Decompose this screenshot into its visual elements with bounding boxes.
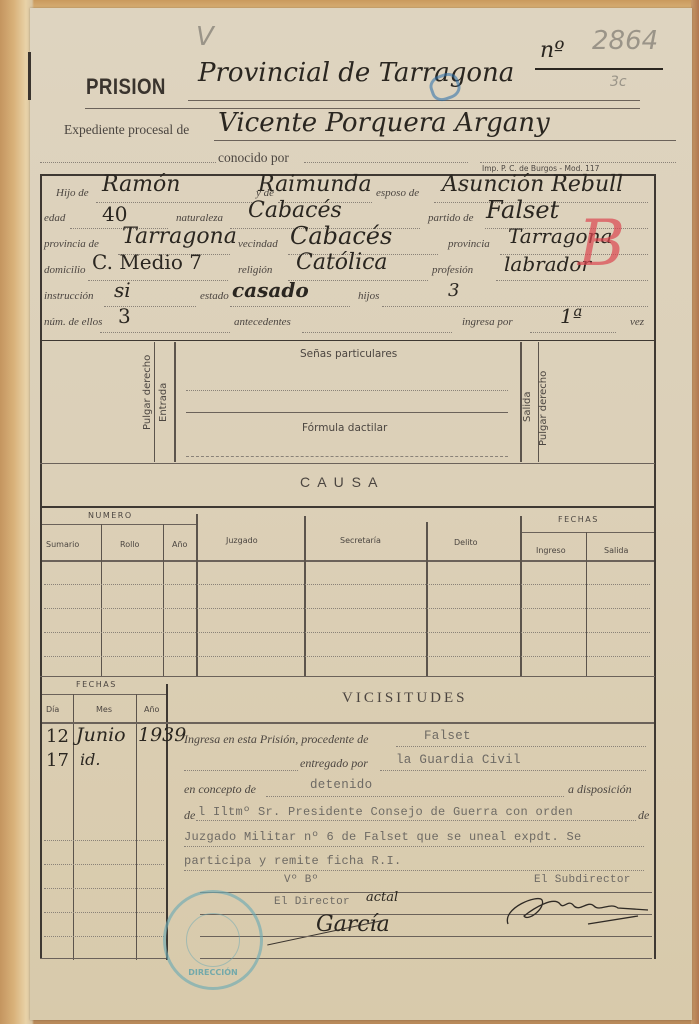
divider bbox=[40, 340, 655, 341]
director-signature: García bbox=[316, 912, 390, 937]
expediente-name: Vicente Porquera Argany bbox=[218, 108, 550, 138]
header-underline bbox=[42, 560, 654, 562]
edad-value: 40 bbox=[102, 202, 127, 226]
number-sub: 3c bbox=[610, 74, 627, 90]
expediente-line bbox=[214, 140, 676, 141]
hijo-de-label: Hijo de bbox=[56, 187, 89, 199]
conocido-label: conocido por bbox=[218, 150, 289, 166]
fechas-group-label: FECHAS bbox=[558, 515, 599, 524]
line bbox=[530, 332, 616, 333]
number-underline bbox=[535, 68, 663, 70]
col-salida: Salida bbox=[604, 546, 628, 555]
row-line bbox=[44, 912, 164, 913]
folder-right-edge bbox=[691, 0, 699, 1024]
row-line bbox=[44, 864, 164, 865]
line bbox=[382, 306, 648, 307]
partido-label: partido de bbox=[428, 212, 474, 224]
antecedentes-label: antecedentes bbox=[234, 316, 291, 328]
row-line bbox=[44, 584, 650, 585]
edad-label: edad bbox=[44, 212, 65, 224]
col-ano: Año bbox=[144, 705, 159, 714]
date-dia: 12 bbox=[46, 726, 69, 747]
estado-value: casado bbox=[232, 278, 309, 302]
ingresa-prision-label: Ingresa en esta Prisión, procedente de bbox=[184, 732, 368, 747]
check-mark: V bbox=[196, 22, 214, 52]
stamp-emblem bbox=[186, 913, 240, 967]
col-divider bbox=[520, 516, 522, 676]
num-ellos-value: 3 bbox=[118, 304, 131, 328]
conocido-line bbox=[304, 162, 468, 163]
divider bbox=[42, 694, 166, 695]
frame-right bbox=[654, 174, 656, 959]
stamp-text: DIRECCIÓN bbox=[166, 968, 260, 977]
line bbox=[230, 306, 350, 307]
expediente-label: Expediente procesal de bbox=[64, 122, 189, 138]
partido-value: Falset bbox=[486, 196, 559, 224]
divider bbox=[40, 506, 655, 508]
procedente-value: Falset bbox=[424, 729, 471, 743]
subdirector-label: El Subdirector bbox=[534, 874, 631, 886]
divider bbox=[42, 524, 196, 525]
line bbox=[200, 936, 652, 937]
causa-title: C A U S A bbox=[300, 474, 379, 490]
col-divider bbox=[163, 524, 164, 676]
col-rollo: Rollo bbox=[120, 540, 139, 549]
date-mes: Junio bbox=[76, 724, 126, 746]
salida-label: Salida bbox=[522, 391, 533, 422]
red-pencil-mark: B bbox=[578, 212, 625, 276]
divider bbox=[174, 342, 176, 462]
divider bbox=[40, 463, 655, 464]
official-stamp: DIRECCIÓN bbox=[163, 890, 263, 990]
pulgar-right-label: Pulgar derecho bbox=[538, 371, 549, 446]
line bbox=[186, 412, 508, 413]
vecindad-value: Cabacés bbox=[290, 222, 392, 250]
divider bbox=[522, 532, 654, 533]
domicilio-value: C. Medio 7 bbox=[92, 250, 202, 274]
col-divider bbox=[304, 516, 306, 676]
entregado-label: entregado por bbox=[300, 756, 368, 771]
instruccion-value: si bbox=[114, 278, 131, 302]
record-number: 2864 bbox=[592, 26, 658, 56]
conocido-line-left bbox=[40, 162, 216, 163]
provincia-label: provincia de bbox=[44, 238, 99, 250]
concepto-value: detenido bbox=[310, 778, 372, 792]
prision-line bbox=[188, 100, 640, 101]
estado-label: estado bbox=[200, 290, 229, 302]
line bbox=[380, 770, 646, 771]
de-label-end: de bbox=[638, 808, 649, 823]
col-ano: Año bbox=[172, 540, 187, 549]
director-label: El Director bbox=[274, 896, 350, 908]
col-divider bbox=[136, 694, 137, 960]
profesion-label: profesión bbox=[432, 264, 473, 276]
line bbox=[200, 958, 652, 959]
row-line bbox=[44, 840, 164, 841]
line bbox=[186, 390, 508, 391]
domicilio-label: domicilio bbox=[44, 264, 86, 276]
header-underline bbox=[42, 722, 654, 724]
row-line bbox=[44, 936, 164, 937]
line bbox=[184, 770, 298, 771]
numero-group-label: NUMERO bbox=[88, 511, 133, 520]
hijos-label: hijos bbox=[358, 290, 379, 302]
row-line bbox=[44, 656, 650, 657]
pulgar-left-label: Pulgar derecho bbox=[142, 355, 153, 430]
row-line bbox=[44, 888, 164, 889]
director-handwritten: actal bbox=[366, 890, 398, 905]
line bbox=[184, 846, 644, 847]
divider bbox=[154, 342, 155, 462]
prision-label: PRISION bbox=[86, 74, 166, 100]
disposicion-line-2: Juzgado Militar nº 6 de Falset que se un… bbox=[184, 830, 582, 844]
line bbox=[288, 280, 428, 281]
esposo-value: Asunción Rebull bbox=[442, 172, 623, 197]
vez-label: vez bbox=[630, 316, 644, 328]
num-ellos-label: núm. de ellos bbox=[44, 316, 102, 328]
line bbox=[186, 456, 508, 457]
col-divider bbox=[73, 694, 74, 960]
esposo-label: esposo de bbox=[376, 187, 419, 199]
prision-name: Provincial de Tarragona bbox=[198, 58, 514, 88]
col-divider bbox=[586, 532, 587, 676]
naturaleza-label: naturaleza bbox=[176, 212, 223, 224]
line bbox=[196, 820, 636, 821]
frame-bottom bbox=[40, 958, 166, 959]
de-label: de bbox=[184, 808, 195, 823]
row-line bbox=[44, 608, 650, 609]
disposicion-line-3: participa y remite ficha R.I. bbox=[184, 854, 402, 868]
line bbox=[184, 870, 644, 871]
col-ingreso: Ingreso bbox=[536, 546, 566, 555]
vicisitudes-title: VICISITUDES bbox=[342, 690, 468, 707]
religion-label: religión bbox=[238, 264, 272, 276]
col-secretaria: Secretaría bbox=[340, 536, 381, 545]
y-de-value: Raimunda bbox=[258, 172, 372, 197]
line bbox=[100, 332, 230, 333]
col-dia: Día bbox=[46, 705, 59, 714]
naturaleza-value: Cabacés bbox=[248, 198, 342, 223]
disposicion-line-1: l Iltmº Sr. Presidente Consejo de Guerra… bbox=[198, 805, 573, 819]
vobo-label: Vº Bº bbox=[284, 874, 319, 886]
subdirector-signature bbox=[498, 888, 618, 928]
conocido-line-right bbox=[480, 162, 676, 163]
col-delito: Delito bbox=[454, 538, 478, 547]
col-sumario: Sumario bbox=[46, 540, 79, 549]
frame-left bbox=[40, 174, 42, 959]
prison-record-sheet: V nº 2864 3c PRISION Provincial de Tarra… bbox=[30, 8, 692, 1020]
provincia2-label: provincia bbox=[448, 238, 490, 250]
formula-label: Fórmula dactilar bbox=[302, 422, 387, 434]
col-divider bbox=[426, 522, 428, 676]
entregado-value: la Guardia Civil bbox=[396, 753, 521, 767]
col-divider bbox=[196, 514, 198, 676]
col-juzgado: Juzgado bbox=[226, 536, 258, 545]
line bbox=[302, 332, 452, 333]
hijo-de-value: Ramón bbox=[102, 172, 180, 197]
provincia-value: Tarragona bbox=[122, 224, 237, 249]
ingresa-label: ingresa por bbox=[462, 316, 513, 328]
date-ano: 1939 bbox=[138, 724, 186, 746]
vecindad-label: vecindad bbox=[238, 238, 278, 250]
col-divider bbox=[101, 524, 102, 676]
line bbox=[496, 280, 648, 281]
date-dia: 17 bbox=[46, 750, 69, 771]
col-mes: Mes bbox=[96, 705, 112, 714]
date-mes: id. bbox=[80, 750, 100, 769]
religion-value: Católica bbox=[296, 250, 388, 275]
senas-label: Señas particulares bbox=[300, 348, 397, 360]
line bbox=[266, 796, 564, 797]
hijos-value: 3 bbox=[448, 280, 459, 301]
ingresa-value: 1ª bbox=[560, 304, 582, 328]
row-line bbox=[44, 632, 650, 633]
line bbox=[396, 746, 646, 747]
margin-mark bbox=[28, 52, 31, 100]
divider bbox=[40, 676, 655, 677]
concepto-label: en concepto de bbox=[184, 782, 256, 797]
line bbox=[88, 280, 228, 281]
entrada-label: Entrada bbox=[158, 383, 169, 422]
disposicion-label: a disposición bbox=[568, 782, 632, 797]
number-label: nº bbox=[540, 38, 565, 63]
vic-fechas-label: FECHAS bbox=[76, 680, 117, 689]
instruccion-label: instrucción bbox=[44, 290, 94, 302]
